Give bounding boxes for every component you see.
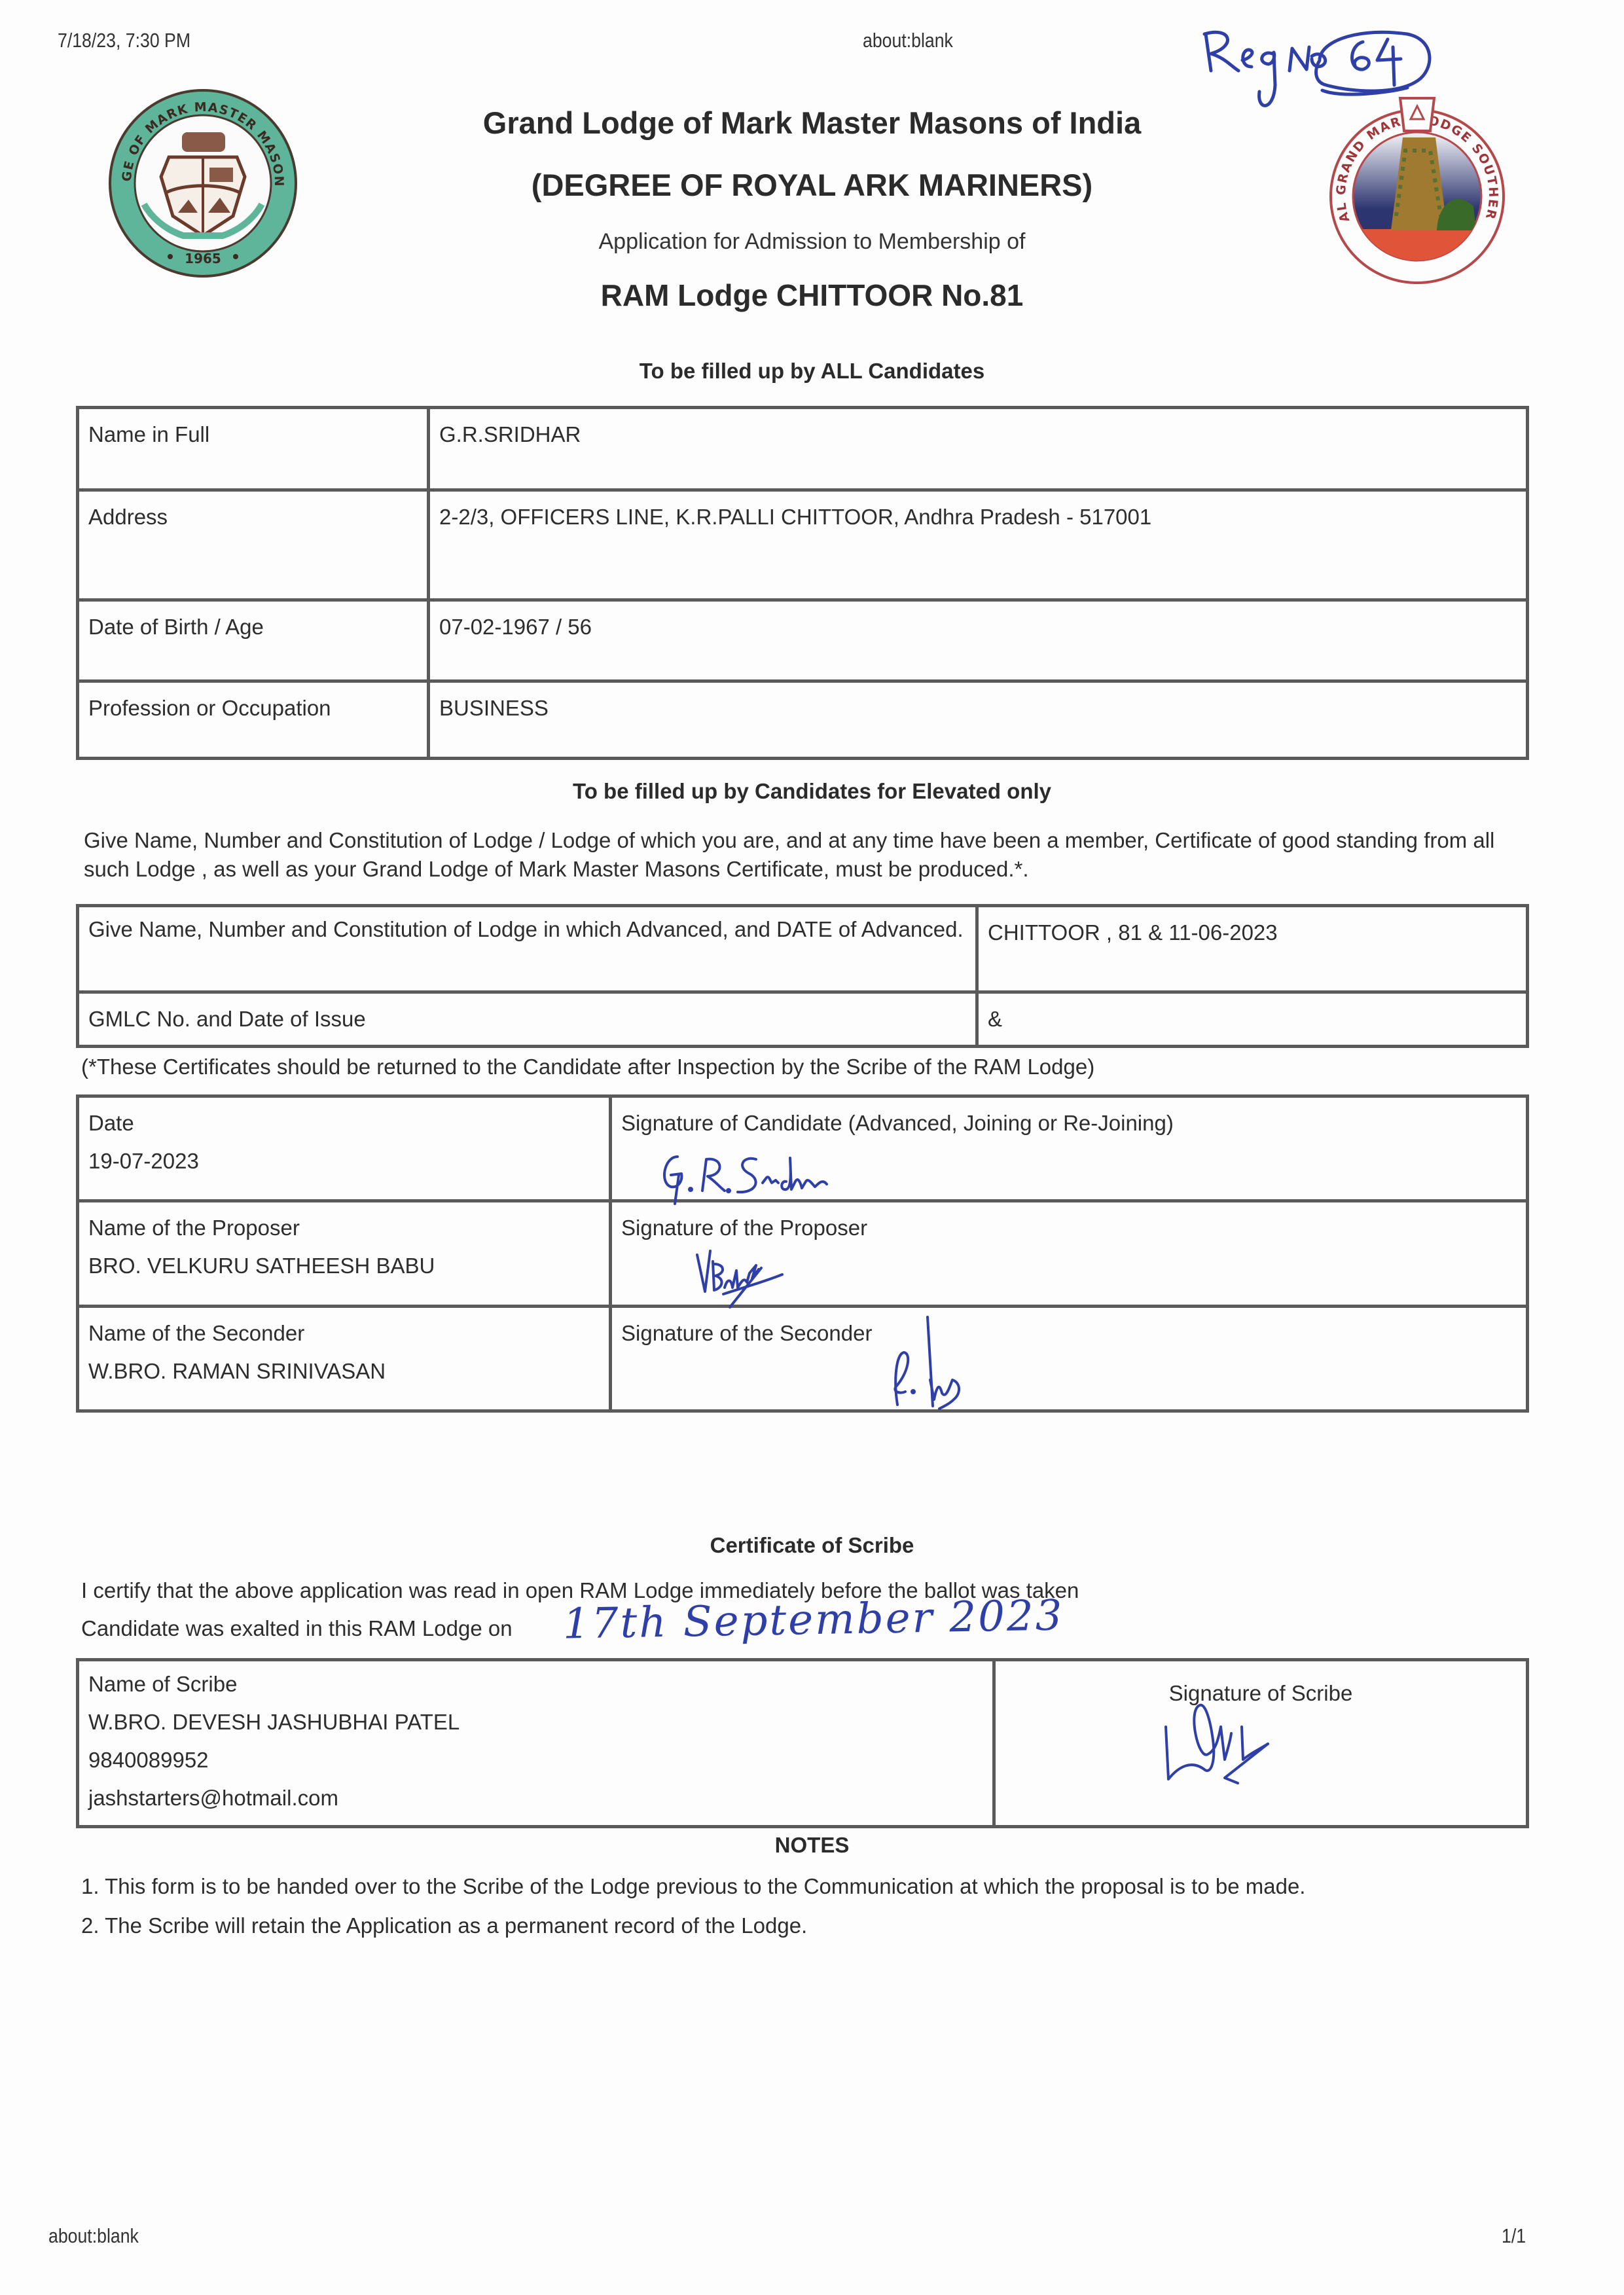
proposer-signature-label: Signature of the Proposer bbox=[621, 1213, 1517, 1243]
row-label: Give Name, Number and Constitution of Lo… bbox=[78, 906, 977, 992]
row-label: Date of Birth / Age bbox=[78, 600, 429, 681]
row-label: Name in Full bbox=[78, 408, 429, 490]
row-label: Profession or Occupation bbox=[78, 681, 429, 759]
table-row: Name of the Proposer BRO. VELKURU SATHEE… bbox=[78, 1201, 1528, 1307]
proposer-signature bbox=[684, 1242, 815, 1314]
scribe-table: Name of Scribe W.BRO. DEVESH JASHUBHAI P… bbox=[76, 1658, 1529, 1828]
table-row: GMLC No. and Date of Issue & bbox=[78, 992, 1528, 1047]
degree-subtitle: (DEGREE OF ROYAL ARK MARINERS) bbox=[0, 167, 1624, 203]
row-label: GMLC No. and Date of Issue bbox=[78, 992, 977, 1047]
print-url: about:blank bbox=[863, 29, 953, 52]
exalted-date-handwritten: 17th September 2023 bbox=[562, 1591, 1064, 1648]
table-row: Give Name, Number and Constitution of Lo… bbox=[78, 906, 1528, 992]
scribe-signature bbox=[1153, 1688, 1284, 1799]
scribe-phone: 9840089952 bbox=[88, 1745, 983, 1775]
seconder-signature-label: Signature of the Seconder bbox=[621, 1318, 1517, 1348]
print-footer-url: about:blank bbox=[48, 2224, 139, 2248]
lodge-name: RAM Lodge CHITTOOR No.81 bbox=[0, 278, 1624, 313]
date-value: 19-07-2023 bbox=[88, 1146, 600, 1176]
scribe-email: jashstarters@hotmail.com bbox=[88, 1783, 983, 1813]
notes-heading: NOTES bbox=[0, 1833, 1624, 1858]
lodge-advanced-value: CHITTOOR , 81 & 11-06-2023 bbox=[977, 906, 1528, 992]
proposer-label: Name of the Proposer bbox=[88, 1213, 600, 1243]
seconder-name: W.BRO. RAMAN SRINIVASAN bbox=[88, 1356, 600, 1386]
candidate-details-table: Name in Full G.R.SRIDHAR Address 2-2/3, … bbox=[76, 406, 1529, 760]
print-page-number: 1/1 bbox=[1502, 2224, 1526, 2248]
seconder-signature bbox=[874, 1314, 979, 1419]
elevated-instructions: Give Name, Number and Constitution of Lo… bbox=[84, 826, 1530, 884]
table-row: Name of the Seconder W.BRO. RAMAN SRINIV… bbox=[78, 1307, 1528, 1411]
proposer-name: BRO. VELKURU SATHEESH BABU bbox=[88, 1251, 600, 1281]
candidate-signature-label: Signature of Candidate (Advanced, Joinin… bbox=[621, 1108, 1517, 1138]
name-in-full-value: G.R.SRIDHAR bbox=[429, 408, 1528, 490]
table-row: Name in Full G.R.SRIDHAR bbox=[78, 408, 1528, 490]
note-item: 1. This form is to be handed over to the… bbox=[81, 1872, 1305, 1901]
application-line: Application for Admission to Membership … bbox=[0, 229, 1624, 255]
certificates-footnote: (*These Certificates should be returned … bbox=[81, 1053, 1094, 1081]
address-value: 2-2/3, OFFICERS LINE, K.R.PALLI CHITTOOR… bbox=[429, 490, 1528, 600]
section-elevated-heading: To be filled up by Candidates for Elevat… bbox=[0, 779, 1624, 804]
org-title: Grand Lodge of Mark Master Masons of Ind… bbox=[0, 105, 1624, 141]
dob-age-value: 07-02-1967 / 56 bbox=[429, 600, 1528, 681]
table-row: Profession or Occupation BUSINESS bbox=[78, 681, 1528, 759]
certificate-heading: Certificate of Scribe bbox=[0, 1533, 1624, 1558]
date-label: Date bbox=[88, 1108, 600, 1138]
table-row: Date of Birth / Age 07-02-1967 / 56 bbox=[78, 600, 1528, 681]
table-row: Address 2-2/3, OFFICERS LINE, K.R.PALLI … bbox=[78, 490, 1528, 600]
section-all-heading: To be filled up by ALL Candidates bbox=[0, 359, 1624, 384]
print-timestamp: 7/18/23, 7:30 PM bbox=[58, 29, 190, 52]
exalted-label: Candidate was exalted in this RAM Lodge … bbox=[81, 1614, 513, 1643]
table-row: Name of Scribe W.BRO. DEVESH JASHUBHAI P… bbox=[78, 1660, 1528, 1827]
gmlc-value: & bbox=[977, 992, 1528, 1047]
table-row: Date 19-07-2023 Signature of Candidate (… bbox=[78, 1096, 1528, 1201]
scribe-name-label: Name of Scribe bbox=[88, 1669, 983, 1699]
profession-value: BUSINESS bbox=[429, 681, 1528, 759]
row-label: Address bbox=[78, 490, 429, 600]
signatures-table: Date 19-07-2023 Signature of Candidate (… bbox=[76, 1094, 1529, 1413]
scribe-name: W.BRO. DEVESH JASHUBHAI PATEL bbox=[88, 1707, 983, 1737]
note-item: 2. The Scribe will retain the Applicatio… bbox=[81, 1911, 807, 1940]
elevated-table: Give Name, Number and Constitution of Lo… bbox=[76, 904, 1529, 1048]
seconder-label: Name of the Seconder bbox=[88, 1318, 600, 1348]
